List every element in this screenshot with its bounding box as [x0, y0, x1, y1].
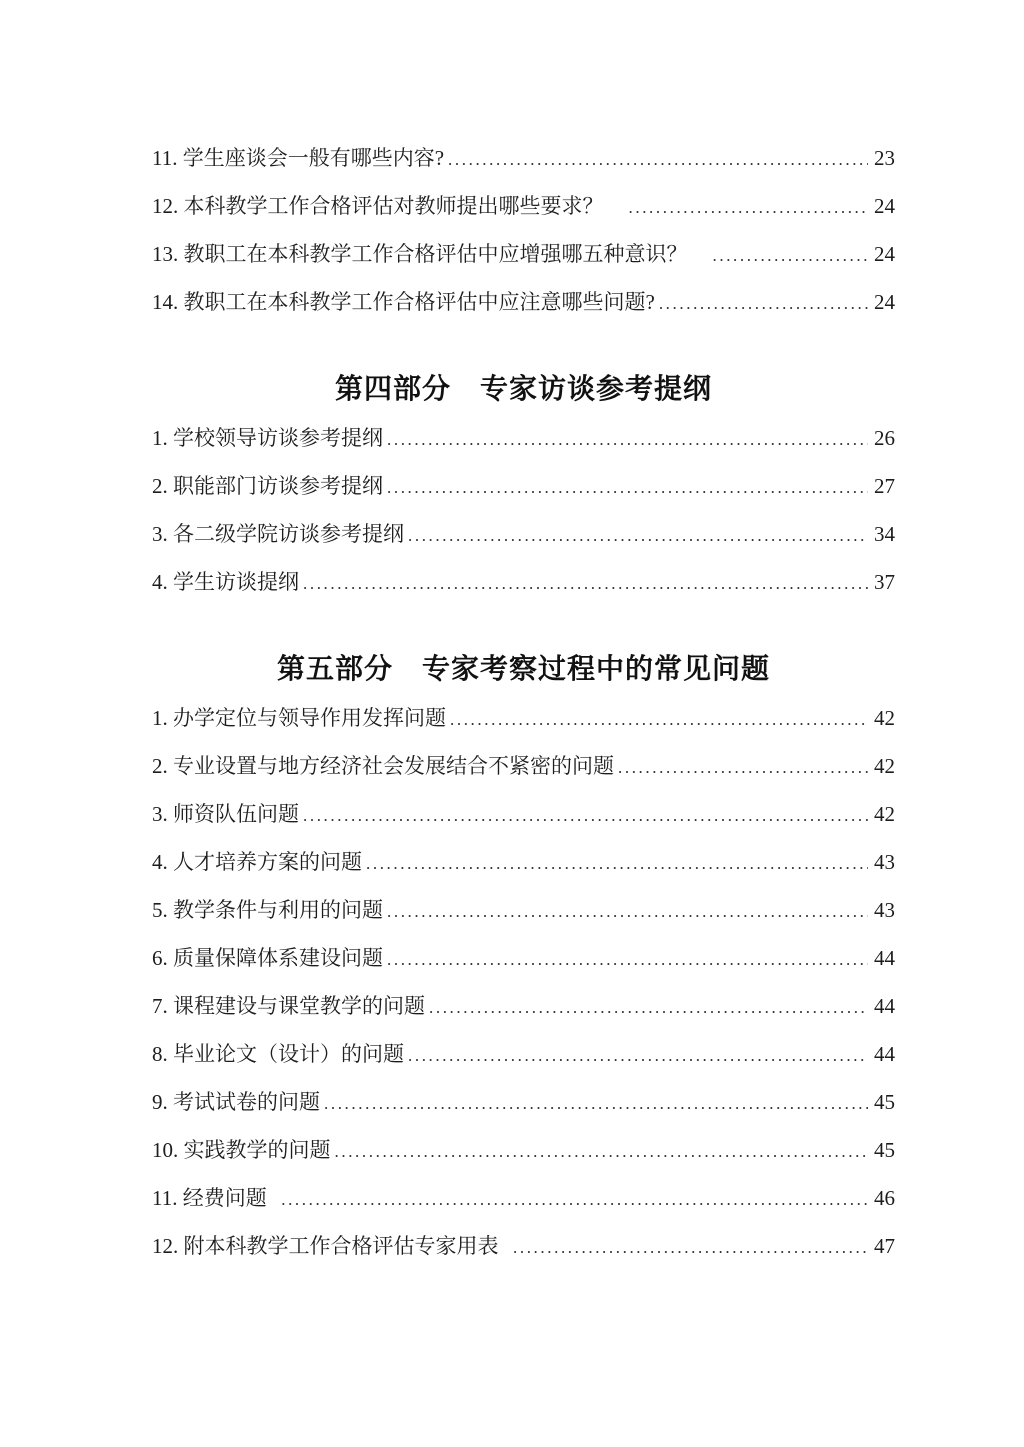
toc-entry-page: 27	[874, 473, 895, 499]
toc-entry-label: 10. 实践教学的问题	[152, 1137, 331, 1163]
toc-entry: 12. 附本科教学工作合格评估专家用表 47	[152, 1233, 895, 1261]
dot-leader	[387, 425, 868, 453]
toc-entry-label: 11. 学生座谈会一般有哪些内容?	[152, 145, 444, 171]
dot-leader	[387, 945, 868, 973]
dot-leader	[429, 993, 868, 1021]
dot-leader	[366, 849, 868, 877]
section-heading-part5: 第五部分 专家考察过程中的常见问题	[152, 650, 895, 688]
toc-entry: 12. 本科教学工作合格评估对教师提出哪些要求？ 24	[152, 193, 895, 221]
toc-entry-page: 42	[874, 705, 895, 731]
toc-entry: 4. 学生访谈提纲 37	[152, 569, 895, 597]
toc-entry-label: 5. 教学条件与利用的问题	[152, 897, 383, 923]
dot-leader	[281, 1185, 868, 1213]
toc-entry-label: 7. 课程建设与课堂教学的问题	[152, 993, 425, 1019]
toc-entry-label: 12. 附本科教学工作合格评估专家用表	[152, 1233, 509, 1259]
toc-entry-page: 24	[874, 241, 895, 267]
toc-entry-label: 1. 学校领导访谈参考提纲	[152, 425, 383, 451]
dot-leader	[387, 897, 868, 925]
dot-leader	[387, 473, 868, 501]
dot-leader	[713, 241, 869, 269]
toc-entry-label: 12. 本科教学工作合格评估对教师提出哪些要求？	[152, 193, 625, 219]
toc-entry-page: 47	[874, 1233, 895, 1259]
toc-entry: 4. 人才培养方案的问题 43	[152, 849, 895, 877]
toc-entry-label: 2. 职能部门访谈参考提纲	[152, 473, 383, 499]
toc-entry-page: 24	[874, 193, 895, 219]
toc-entry: 5. 教学条件与利用的问题 43	[152, 897, 895, 925]
toc-entry: 6. 质量保障体系建设问题 44	[152, 945, 895, 973]
document-page: 11. 学生座谈会一般有哪些内容? 23 12. 本科教学工作合格评估对教师提出…	[0, 0, 1024, 1447]
toc-entry: 11. 学生座谈会一般有哪些内容? 23	[152, 145, 895, 173]
toc-entry: 9. 考试试卷的问题 45	[152, 1089, 895, 1117]
dot-leader	[324, 1089, 868, 1117]
toc-entry: 2. 职能部门访谈参考提纲 27	[152, 473, 895, 501]
toc-entry-page: 37	[874, 569, 895, 595]
toc-entry-page: 43	[874, 849, 895, 875]
dot-leader	[659, 289, 868, 317]
dot-leader	[408, 1041, 868, 1069]
toc-entry-label: 4. 人才培养方案的问题	[152, 849, 362, 875]
toc-entry-label: 1. 办学定位与领导作用发挥问题	[152, 705, 446, 731]
toc-entry: 3. 师资队伍问题 42	[152, 801, 895, 829]
dot-leader	[448, 145, 868, 173]
toc-entry: 3. 各二级学院访谈参考提纲 34	[152, 521, 895, 549]
toc-entry-label: 4. 学生访谈提纲	[152, 569, 299, 595]
toc-entry: 8. 毕业论文（设计）的问题 44	[152, 1041, 895, 1069]
toc-entry-label: 3. 师资队伍问题	[152, 801, 299, 827]
dot-leader	[335, 1137, 869, 1165]
toc-entry-label: 9. 考试试卷的问题	[152, 1089, 320, 1115]
toc-entry-page: 46	[874, 1185, 895, 1211]
toc-entry-label: 8. 毕业论文（设计）的问题	[152, 1041, 404, 1067]
toc-entry-page: 34	[874, 521, 895, 547]
dot-leader	[303, 801, 868, 829]
toc-entry-page: 44	[874, 993, 895, 1019]
toc-entry-label: 2. 专业设置与地方经济社会发展结合不紧密的问题	[152, 753, 614, 779]
dot-leader	[408, 521, 868, 549]
toc-entry-page: 44	[874, 945, 895, 971]
toc-entry-page: 43	[874, 897, 895, 923]
toc-entry-label: 3. 各二级学院访谈参考提纲	[152, 521, 404, 547]
dot-leader	[513, 1233, 868, 1261]
section-heading-part4: 第四部分 专家访谈参考提纲	[152, 370, 895, 408]
dot-leader	[618, 753, 868, 781]
dot-leader	[303, 569, 868, 597]
toc-entry-label: 13. 教职工在本科教学工作合格评估中应增强哪五种意识？	[152, 241, 709, 267]
toc-entry: 14. 教职工在本科教学工作合格评估中应注意哪些问题? 24	[152, 289, 895, 317]
toc-entry-label: 14. 教职工在本科教学工作合格评估中应注意哪些问题?	[152, 289, 655, 315]
toc-entry-page: 24	[874, 289, 895, 315]
toc-entry-label: 6. 质量保障体系建设问题	[152, 945, 383, 971]
dot-leader	[450, 705, 868, 733]
toc-entry: 10. 实践教学的问题 45	[152, 1137, 895, 1165]
toc-entry-page: 42	[874, 753, 895, 779]
toc-entry-page: 45	[874, 1089, 895, 1115]
toc-entry: 1. 学校领导访谈参考提纲 26	[152, 425, 895, 453]
toc-entry-page: 42	[874, 801, 895, 827]
toc-entry-page: 45	[874, 1137, 895, 1163]
toc-entry: 7. 课程建设与课堂教学的问题 44	[152, 993, 895, 1021]
toc-entry-page: 44	[874, 1041, 895, 1067]
toc-entry: 2. 专业设置与地方经济社会发展结合不紧密的问题 42	[152, 753, 895, 781]
toc-entry-page: 23	[874, 145, 895, 171]
toc-entry: 11. 经费问题 46	[152, 1185, 895, 1213]
toc-entry: 1. 办学定位与领导作用发挥问题 42	[152, 705, 895, 733]
dot-leader	[629, 193, 869, 221]
toc-entry: 13. 教职工在本科教学工作合格评估中应增强哪五种意识？ 24	[152, 241, 895, 269]
toc-entry-page: 26	[874, 425, 895, 451]
toc-entry-label: 11. 经费问题	[152, 1185, 277, 1211]
